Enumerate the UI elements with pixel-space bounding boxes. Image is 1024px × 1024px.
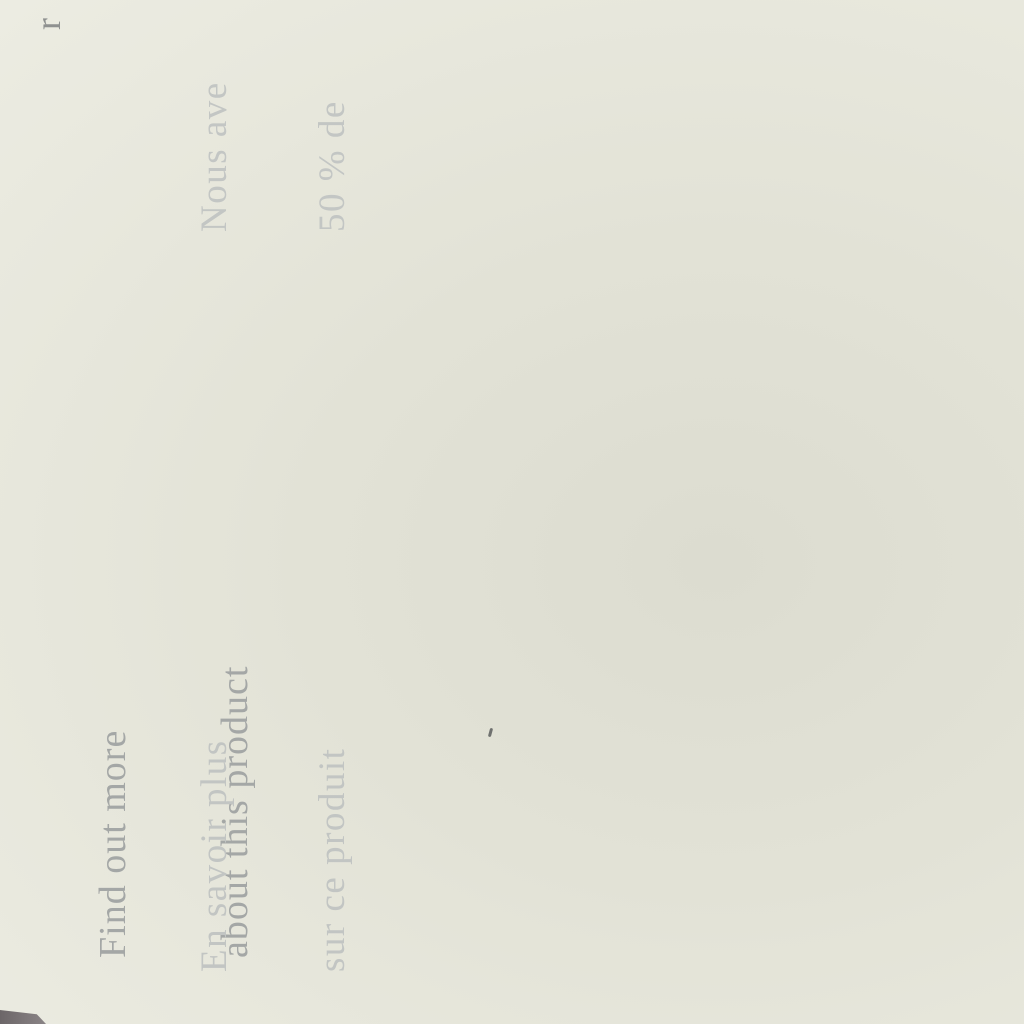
paper-speck [488,728,493,737]
corner-shadow [0,1010,46,1024]
printed-card: r Find out more about this product En sa… [0,0,1024,1024]
french-continued-text: Nous ave 50 % de [122,81,432,232]
partial-heading-text: r [30,18,66,30]
french-continued-line-2: 50 % de [314,81,358,232]
french-en-savoir-plus: En savoir plus sur ce produit [122,739,432,972]
french-continued-line-1: Nous ave [196,81,240,232]
french-line-1: En savoir plus [196,739,240,972]
french-line-2: sur ce produit [314,739,358,972]
